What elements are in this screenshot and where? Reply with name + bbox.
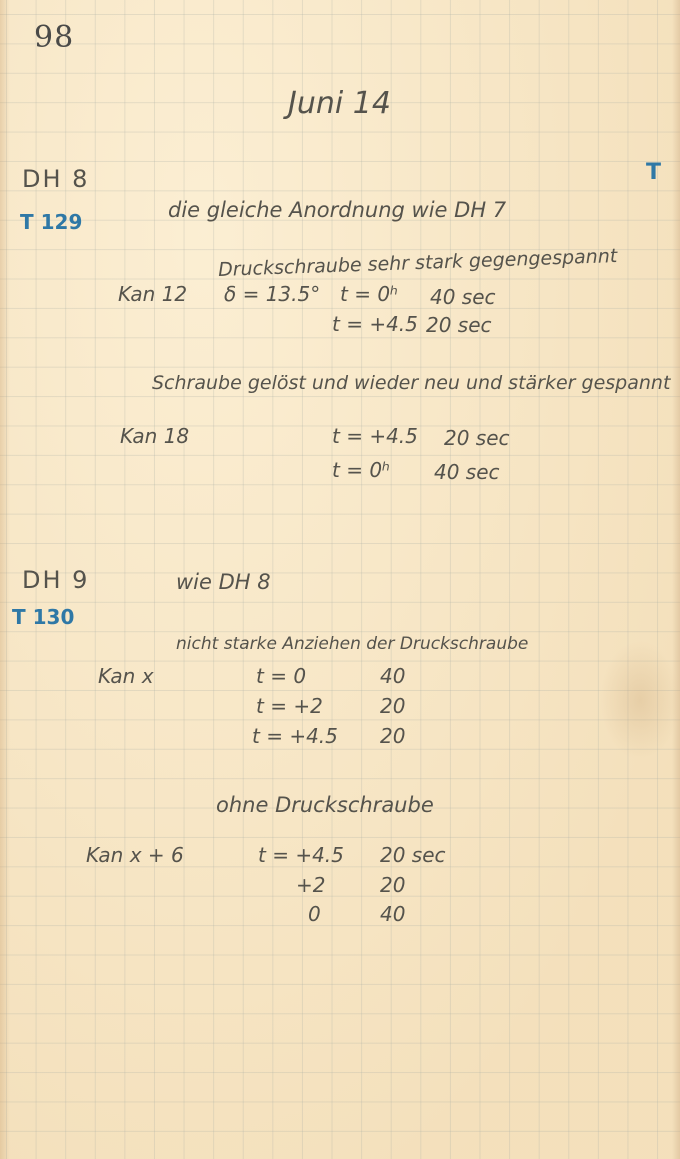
entry-id: DH 9 [22, 566, 89, 594]
notebook-page: 98 Juni 14 T DH 8 T 129 die gleiche Anor… [0, 0, 680, 1159]
entry-tag: T 130 [12, 605, 74, 629]
run-value: 20 [380, 873, 405, 897]
run-value: 40 sec [434, 460, 500, 484]
run-label: Kan x + 6 [86, 843, 184, 867]
entry-description: die gleiche Anordnung wie DH 7 [168, 198, 506, 222]
entry-note: ohne Druckschraube [216, 793, 434, 817]
run-time: t = +2 [256, 694, 323, 718]
date-heading: Juni 14 [288, 86, 391, 121]
run-value: 20 [380, 694, 405, 718]
run-time: +2 [296, 873, 325, 897]
entry-note: Schraube gelöst und wieder neu und stärk… [152, 372, 670, 394]
run-time: t = +4.5 [252, 724, 338, 748]
page-number: 98 [34, 20, 74, 55]
run-value: 20 [380, 724, 405, 748]
run-angle: δ = 13.5° [224, 282, 320, 306]
run-value: 40 [380, 902, 405, 926]
run-time: t = 0 [256, 664, 306, 688]
run-label: Kan x [98, 664, 154, 688]
margin-mark: T [646, 160, 661, 185]
run-time: 0 [308, 902, 321, 926]
run-time: t = 0ʰ [340, 282, 398, 306]
run-value: 20 sec [426, 313, 492, 337]
run-value: 20 sec [380, 843, 446, 867]
run-value: 40 [380, 664, 405, 688]
run-value: 40 sec [430, 285, 496, 309]
run-label: Kan 18 [120, 424, 189, 448]
entry-id: DH 8 [22, 165, 89, 193]
entry-tag: T 129 [20, 210, 82, 234]
entry-description: wie DH 8 [176, 570, 271, 594]
run-value: 20 sec [444, 426, 510, 450]
page-edge-right [672, 0, 680, 1159]
run-time: t = 0ʰ [332, 458, 390, 482]
paper-stain [600, 640, 680, 760]
entry-note: nicht starke Anziehen der Druckschraube [176, 634, 528, 654]
run-time: t = +4.5 [332, 424, 418, 448]
entry-note: Druckschraube sehr stark gegengespannt [218, 245, 618, 281]
run-label: Kan 12 [118, 282, 187, 306]
run-time: t = +4.5 [258, 843, 344, 867]
page-edge-left [0, 0, 10, 1159]
run-time: t = +4.5 [332, 312, 418, 336]
